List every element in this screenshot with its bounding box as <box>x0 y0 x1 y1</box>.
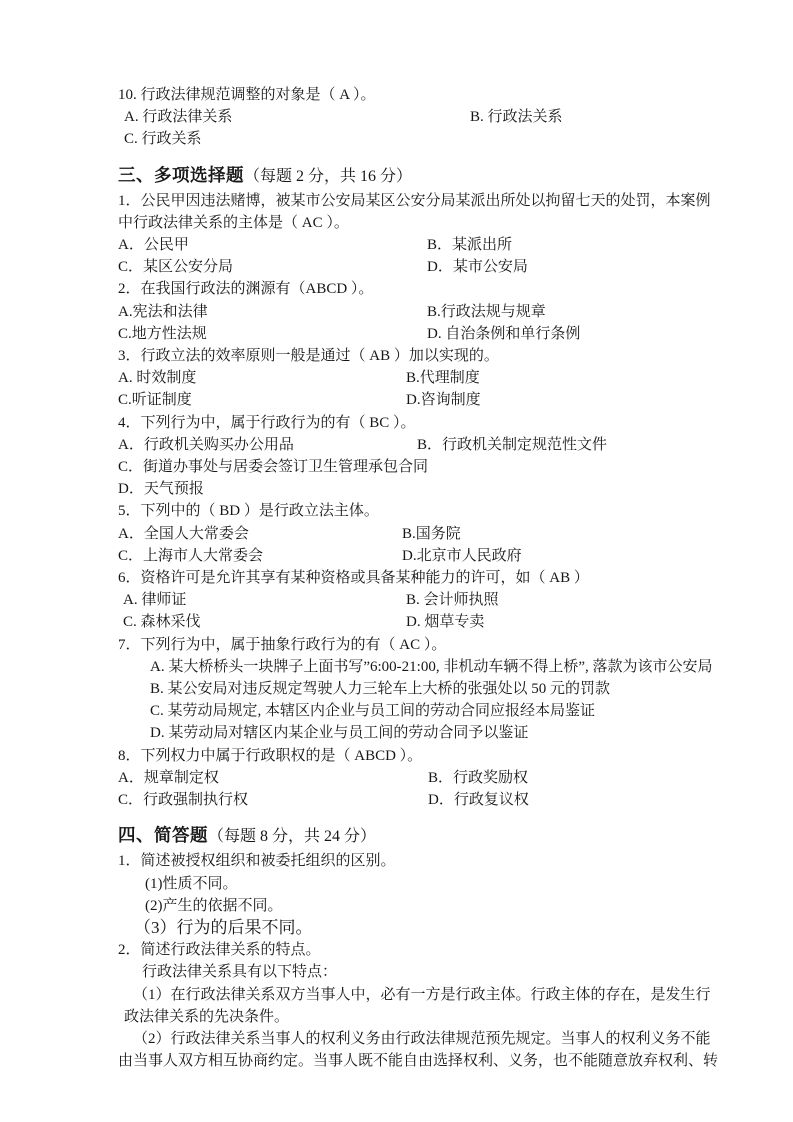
m4-option-d: D．天气预报 <box>118 478 758 500</box>
m5-stem: 5．下列中的（ BD ）是行政立法主体。 <box>118 500 758 522</box>
m2-option-b: B.行政法规与规章 <box>427 301 758 323</box>
q10-option-b: B. 行政法关系 <box>470 106 758 128</box>
s2-stem: 2．简述行政法律关系的特点。 <box>118 939 758 961</box>
m3-options-row-ab: A. 时效制度 B.代理制度 <box>118 367 758 389</box>
m7-option-a: A. 某大桥桥头一块牌子上面书写”6:00-21:00, 非机动车辆不得上桥”,… <box>118 656 758 678</box>
s2-feature2-line2: 由当事人双方相互协商约定。当事人既不能自由选择权利、义务，也不能随意放弃权利、转 <box>118 1050 758 1072</box>
m8-option-d: D．行政复议权 <box>428 789 758 811</box>
q10-option-a: A. 行政法律关系 <box>124 106 470 128</box>
m5-option-b: B.国务院 <box>402 523 758 545</box>
m2-option-c: C.地方性法规 <box>118 323 427 345</box>
section-short-answer-title: 四、简答题 <box>118 825 208 845</box>
m8-option-a: A．规章制定权 <box>118 767 428 789</box>
m4-stem: 4．下列行为中，属于行政行为的有（ BC ）。 <box>118 412 758 434</box>
s1-point-1: (1)性质不同。 <box>118 873 758 895</box>
document-body: 10. 行政法律规范调整的对象是（ A ）。 A. 行政法律关系 B. 行政法关… <box>0 0 758 1072</box>
q10-stem: 10. 行政法律规范调整的对象是（ A ）。 <box>118 84 758 106</box>
q10-option-c: C. 行政关系 <box>118 128 758 150</box>
s2-feature2-line1: （2）行政法律关系当事人的权利义务由行政法律规范预先规定。当事人的权利义务不能 <box>118 1028 758 1050</box>
m8-options-row-ab: A．规章制定权 B．行政奖励权 <box>118 767 758 789</box>
q10-options-row-ab: A. 行政法律关系 B. 行政法关系 <box>118 106 758 128</box>
m7-option-b: B. 某公安局对违反规定驾驶人力三轮车上大桥的张强处以 50 元的罚款 <box>118 678 758 700</box>
m3-option-b: B.代理制度 <box>406 367 758 389</box>
m6-options-row-cd: C. 森林采伐 D. 烟草专卖 <box>118 611 758 633</box>
m1-options-row-cd: C．某区公安分局 D．某市公安局 <box>118 256 758 278</box>
m4-option-b: B．行政机关制定规范性文件 <box>417 434 758 456</box>
m7-option-c: C. 某劳动局规定, 本辖区内企业与员工间的劳动合同应报经本局鉴证 <box>118 700 758 722</box>
m2-options-row-ab: A.宪法和法律 B.行政法规与规章 <box>118 301 758 323</box>
m3-option-a: A. 时效制度 <box>118 367 406 389</box>
m1-option-d: D．某市公安局 <box>427 256 758 278</box>
section-short-answer-header: 四、简答题（每题 8 分，共 24 分） <box>118 822 758 850</box>
m6-options-row-ab: A. 律师证 B. 会计师执照 <box>118 589 758 611</box>
m6-stem: 6．资格许可是允许其享有某种资格或具备某种能力的许可，如（ AB ） <box>118 567 758 589</box>
s2-intro: 行政法律关系具有以下特点： <box>118 961 758 983</box>
s1-point-2: (2)产生的依据不同。 <box>118 895 758 917</box>
m1-option-a: A．公民甲 <box>118 234 427 256</box>
m8-stem: 8．下列权力中属于行政职权的是（ ABCD ）。 <box>118 745 758 767</box>
s2-feature1-line1: （1）在行政法律关系双方当事人中，必有一方是行政主体。行政主体的存在，是发生行 <box>118 984 758 1006</box>
m8-options-row-cd: C．行政强制执行权 D．行政复议权 <box>118 789 758 811</box>
m5-option-c: C．上海市人大常委会 <box>118 545 402 567</box>
m8-option-c: C．行政强制执行权 <box>118 789 428 811</box>
m5-option-a: A．全国人大常委会 <box>118 523 402 545</box>
section-multiple-choice-header: 三、多项选择题（每题 2 分，共 16 分） <box>118 162 758 190</box>
m8-option-b: B．行政奖励权 <box>428 767 758 789</box>
m5-options-row-ab: A．全国人大常委会 B.国务院 <box>118 523 758 545</box>
s2-feature1-line2: 政法律关系的先决条件。 <box>118 1006 758 1028</box>
m2-stem: 2．在我国行政法的渊源有（ABCD ）。 <box>118 278 758 300</box>
m2-options-row-cd: C.地方性法规 D. 自治条例和单行条例 <box>118 323 758 345</box>
m1-option-c: C．某区公安分局 <box>118 256 427 278</box>
section-multiple-choice-title: 三、多项选择题 <box>118 165 244 185</box>
m1-option-b: B．某派出所 <box>427 234 758 256</box>
m3-options-row-cd: C.听证制度 D.咨询制度 <box>118 389 758 411</box>
m6-option-c: C. 森林采伐 <box>123 611 406 633</box>
m7-stem: 7．下列行为中，属于抽象行政行为的有（ AC ）。 <box>118 634 758 656</box>
m1-stem-line1: 1．公民甲因违法赌博，被某市公安局某区公安分局某派出所处以拘留七天的处罚，本案例 <box>118 190 758 212</box>
m6-option-b: B. 会计师执照 <box>406 589 758 611</box>
exam-document-page: 10. 行政法律规范调整的对象是（ A ）。 A. 行政法律关系 B. 行政法关… <box>0 0 793 1122</box>
s1-point-3: （3）行为的后果不同。 <box>118 917 758 939</box>
m6-option-d: D. 烟草专卖 <box>406 611 758 633</box>
s1-stem: 1．简述被授权组织和被委托组织的区别。 <box>118 850 758 872</box>
m4-option-a: A．行政机关购买办公用品 <box>118 434 417 456</box>
m1-options-row-ab: A．公民甲 B．某派出所 <box>118 234 758 256</box>
m4-option-c: C．街道办事处与居委会签订卫生管理承包合同 <box>118 456 758 478</box>
section-short-answer-meta: （每题 8 分，共 24 分） <box>208 828 376 845</box>
m2-option-a: A.宪法和法律 <box>118 301 427 323</box>
m3-option-d: D.咨询制度 <box>406 389 758 411</box>
m6-option-a: A. 律师证 <box>123 589 406 611</box>
m3-stem: 3．行政立法的效率原则一般是通过（ AB ）加以实现的。 <box>118 345 758 367</box>
m7-option-d: D. 某劳动局对辖区内某企业与员工间的劳动合同予以鉴证 <box>118 722 758 744</box>
m4-options-row-ab: A．行政机关购买办公用品 B．行政机关制定规范性文件 <box>118 434 758 456</box>
m5-options-row-cd: C．上海市人大常委会 D.北京市人民政府 <box>118 545 758 567</box>
m5-option-d: D.北京市人民政府 <box>402 545 758 567</box>
section-multiple-choice-meta: （每题 2 分，共 16 分） <box>244 168 412 185</box>
m1-stem-line2: 中行政法律关系的主体是（ AC ）。 <box>118 212 758 234</box>
m3-option-c: C.听证制度 <box>118 389 406 411</box>
m2-option-d: D. 自治条例和单行条例 <box>427 323 758 345</box>
